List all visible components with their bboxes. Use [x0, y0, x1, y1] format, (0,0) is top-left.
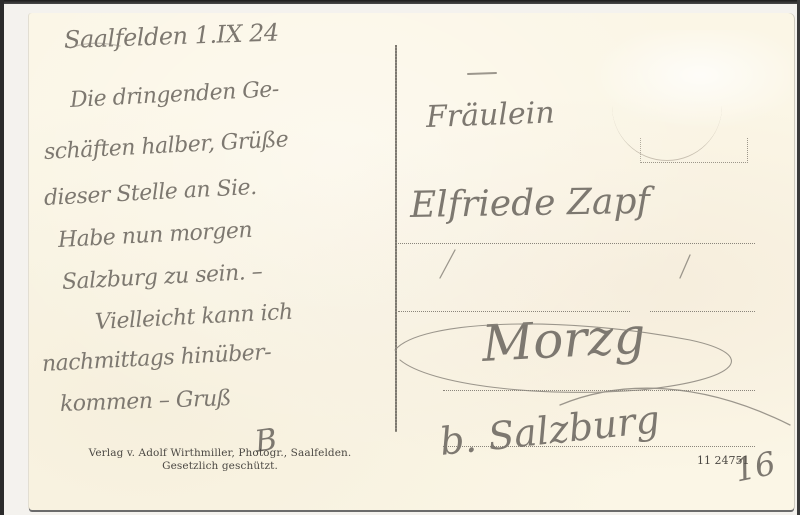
publisher-line: Verlag v. Adolf Wirthmiller, Photogr., S…: [60, 447, 380, 460]
address-line-3: [443, 390, 755, 391]
scan-border-left: [0, 0, 4, 515]
address-salutation: Fräulein: [425, 96, 555, 135]
copyright-line: Gesetzlich geschützt.: [60, 460, 380, 473]
address-place: Morzg: [480, 306, 646, 372]
address-name: Elfriede Zapf: [410, 181, 650, 226]
address-line-2b: [650, 311, 755, 312]
address-line-1: [398, 243, 755, 244]
stamp-box-outline: [640, 138, 748, 163]
center-divider: [395, 45, 397, 432]
publisher-imprint: Verlag v. Adolf Wirthmiller, Photogr., S…: [60, 447, 380, 473]
card-number: 11 24751: [697, 454, 750, 467]
